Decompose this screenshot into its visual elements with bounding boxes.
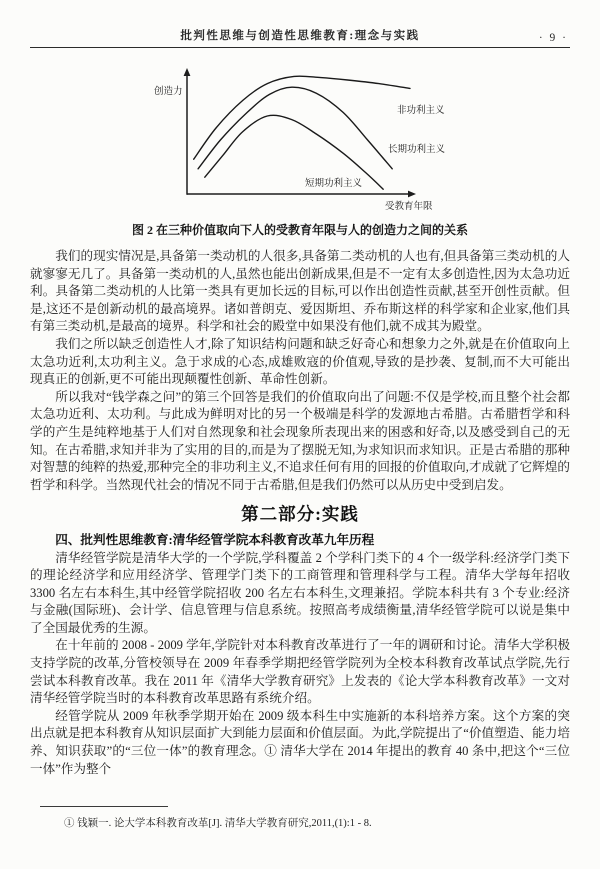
paragraph: 所以我对“钱学森之问”的第三个回答是我们的价值取向出了问题:不仅是学校,而且整个… [30, 389, 570, 495]
paragraph: 清华经管学院是清华大学的一个学院,学科覆盖 2 个学科门类下的 4 个一级学科:… [30, 550, 570, 638]
running-title: 批判性思维与创造性思维教育:理念与实践 [30, 27, 570, 43]
education-creativity-chart: 创造力 受教育年限 非功利主义 长期功利主义 短期功利主义 [140, 61, 470, 213]
page-header: 批判性思维与创造性思维教育:理念与实践 · 9 · [30, 0, 570, 48]
y-axis-arrow-icon [184, 68, 191, 76]
section-heading: 第二部分:实践 [30, 506, 570, 524]
paragraph: 我们之所以缺乏创造性人才,除了知识结构问题和缺乏好奇心和想象力之外,就是在价值取… [30, 336, 570, 389]
paragraph: 在十年前的 2008 - 2009 学年,学院针对本科教育改革进行了一年的调研和… [30, 637, 570, 707]
paragraph: 经管学院从 2009 年秋季学期开始在 2009 级本科生中实施新的本科培养方案… [30, 708, 570, 778]
page-number: · 9 · [539, 32, 568, 44]
y-axis-label: 创造力 [154, 85, 183, 97]
paragraph: 我们的现实情况是,具备第一类动机的人很多,具备第二类动机的人也有,但具备第三类动… [30, 248, 570, 336]
figure-caption: 图 2 在三种价值取向下人的受教育年限与人的创造力之间的关系 [30, 221, 570, 238]
x-axis-arrow-icon [408, 191, 416, 198]
body-text: 我们的现实情况是,具备第一类动机的人很多,具备第二类动机的人也有,但具备第三类动… [30, 248, 570, 778]
figure-2: 创造力 受教育年限 非功利主义 长期功利主义 短期功利主义 图 2 在三种价值取… [30, 61, 570, 238]
footnote-divider [40, 806, 168, 807]
footnote-area: ① 钱颖一. 论大学本科教育改革[J]. 清华大学教育研究,2011,(1):1… [40, 806, 570, 830]
curve-label-non-utilitarianism: 非功利主义 [397, 104, 445, 116]
curve-long-term-utilitarianism [198, 87, 392, 169]
x-axis-label: 受教育年限 [385, 200, 433, 212]
footnote: ① 钱颖一. 论大学本科教育改革[J]. 清华大学教育研究,2011,(1):1… [40, 815, 570, 830]
chart-container: 创造力 受教育年限 非功利主义 长期功利主义 短期功利主义 [140, 61, 570, 218]
curve-label-short-term: 短期功利主义 [305, 177, 363, 189]
book-page: 批判性思维与创造性思维教育:理念与实践 · 9 · 创造力 受教育年限 非功利主… [0, 0, 600, 869]
curve-label-long-term: 长期功利主义 [388, 143, 446, 155]
subsection-heading: 四、批判性思维教育:清华经管学院本科教育改革九年历程 [30, 532, 570, 550]
